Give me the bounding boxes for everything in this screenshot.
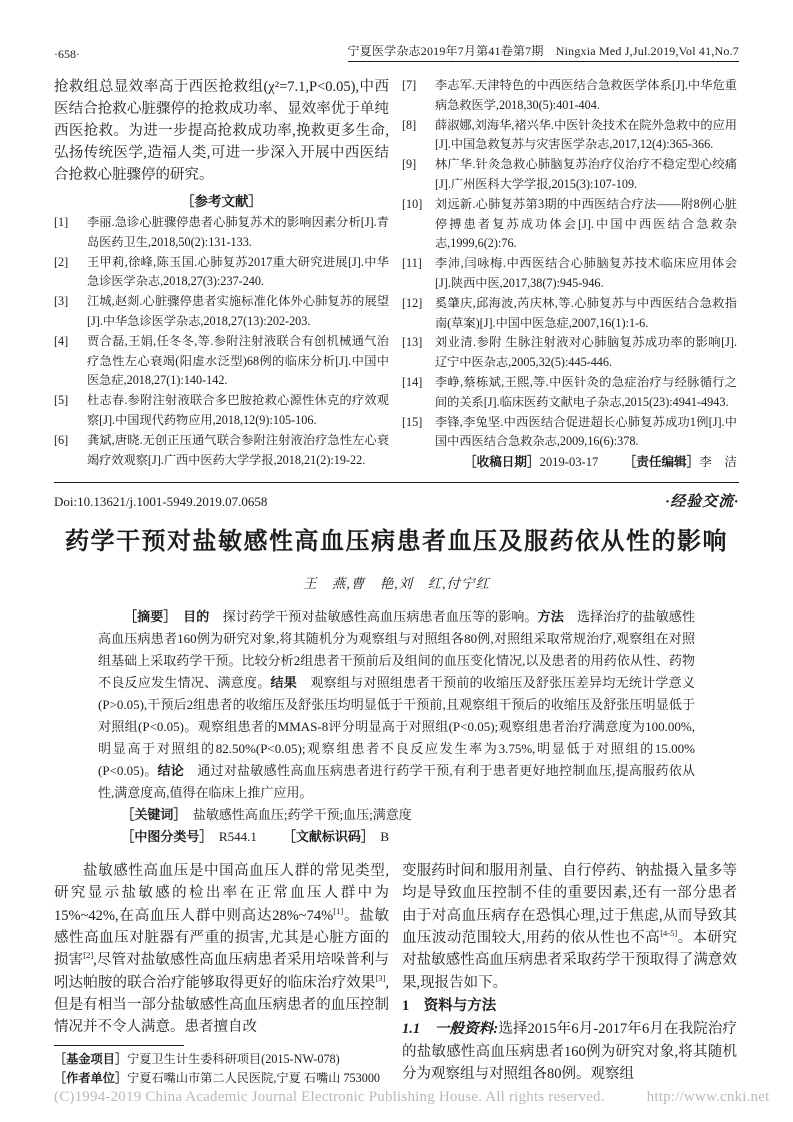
reference-number: [15]	[402, 413, 435, 453]
abstract-block: ［摘要］ 目的 探讨药学干预对盐敏感性高血压病患者血压等的影响。方法 选择治疗的…	[98, 606, 695, 848]
reference-text: 杜志春.参附注射液联合多巴胺抢救心源性休克的疗效观察[J].中国现代药物应用,2…	[87, 391, 389, 431]
section-1-heading: 1 资料与方法	[402, 995, 737, 1017]
reference-text: 李峥,蔡栋斌,王熙,等.中医针灸的急症治疗与经脉循行之间的关系[J].临床医药文…	[435, 373, 737, 413]
reference-number: [11]	[402, 254, 435, 294]
conclusion-label: 结论	[158, 763, 185, 778]
editor-label: ［责任编辑］	[624, 455, 700, 469]
reference-item: [15] 李锋,李兔坚.中西医结合促进超长心肺复苏成功1例[J].中国中西医结合…	[402, 413, 737, 453]
reference-number: [13]	[402, 333, 435, 373]
previous-article-closing-paragraph: 抢救组总显效率高于西医抢救组(χ²=7.1,P<0.05),中西医结合抢救心脏骤…	[54, 76, 389, 186]
doc-code: B	[380, 829, 389, 844]
article-separator-rule	[54, 482, 739, 483]
reference-item: [1] 李丽.急诊心脏骤停患者心肺复苏术的影响因素分析[J].青岛医药卫生,20…	[54, 213, 389, 253]
keywords-line: ［关键词］ 盐敏感性高血压;药学干预;血压;满意度	[98, 804, 695, 826]
journal-citation: 宁夏医学杂志2019年7月第41卷第7期 Ningxia Med J,Jul.2…	[348, 42, 739, 62]
reference-text: 李沛,闫咏梅.中西医结合心肺脑复苏技术临床应用体会[J].陕西中医,2017,3…	[435, 254, 737, 294]
section-1-1-label: 1.1 一般资料:	[402, 1021, 498, 1037]
affiliation-text: 宁夏石嘴山市第二人民医院,宁夏 石嘴山 753000	[127, 1071, 380, 1085]
keywords-label: ［关键词］	[121, 807, 180, 822]
reference-item: [13] 刘业清.参附 生脉注射液对心肺脑复苏成功率的影响[J].辽宁中医杂志,…	[402, 333, 737, 373]
reference-text: 李丽.急诊心脏骤停患者心肺复苏术的影响因素分析[J].青岛医药卫生,2018,5…	[87, 213, 389, 253]
affiliation-line: ［作者单位］宁夏石嘴山市第二人民医院,宁夏 石嘴山 753000	[54, 1069, 389, 1088]
reference-number: [10]	[402, 195, 435, 254]
fund-text: 宁夏卫生计生委科研项目(2015-NW-078)	[127, 1052, 340, 1066]
reference-item: [3] 江城,赵剡.心脏骤停患者实施标准化体外心肺复苏的展望[J].中华急诊医学…	[54, 292, 389, 332]
received-editor-line: ［收稿日期］2019-03-17 ［责任编辑］李 洁	[402, 452, 737, 473]
fund-line: ［基金项目］宁夏卫生计生委科研项目(2015-NW-078)	[54, 1050, 389, 1069]
reference-text: 刘业清.参附 生脉注射液对心肺脑复苏成功率的影响[J].辽宁中医杂志,2005,…	[435, 333, 737, 373]
page-number: ·658·	[54, 47, 80, 62]
abstract-label: ［摘要］	[124, 609, 170, 624]
body-right-column: 变服药时间和服用剂量、自行停药、钠盐摄入量多等均是导致血压控制不佳的重要因素,还…	[402, 860, 737, 1087]
citation-sup-3: [3]	[375, 973, 385, 983]
results-label: 结果	[271, 675, 298, 690]
article-title: 药学干预对盐敏感性高血压病患者血压及服药依从性的影响	[54, 521, 739, 556]
reference-item: [6] 龚斌,唐晓.无创正压通气联合参附注射液治疗急性左心衰竭疗效观察[J].广…	[54, 431, 389, 471]
reference-text: 奚肇庆,邱海波,芮庆林,等.心肺复苏与中西医结合急救指南(草案)[J].中国中医…	[435, 294, 737, 334]
reference-number: [12]	[402, 294, 435, 334]
reference-number: [3]	[54, 292, 87, 332]
footer-copyright: (C)1994-2019 China Academic Journal Elec…	[54, 1089, 605, 1106]
footer-url: http://www.cnki.net	[647, 1089, 770, 1106]
fund-label: ［基金项目］	[54, 1052, 127, 1066]
reference-item: [9] 林广华.针灸急救心肺脑复苏治疗仪治疗不稳定型心绞痛[J].广州医科大学学…	[402, 155, 737, 195]
intro-continuation-paragraph: 变服药时间和服用剂量、自行停药、钠盐摄入量多等均是导致血压控制不佳的重要因素,还…	[402, 860, 737, 994]
references-section: 抢救组总显效率高于西医抢救组(χ²=7.1,P<0.05),中西医结合抢救心脏骤…	[54, 76, 739, 473]
reference-number: [14]	[402, 373, 435, 413]
doi-row: Doi:10.13621/j.1001-5949.2019.07.0658 ·经…	[54, 490, 739, 511]
doc-code-label: ［文献标识码］	[283, 829, 368, 844]
article-authors: 王 燕,曹 艳,刘 红,付宁红	[54, 572, 739, 592]
reference-number: [6]	[54, 431, 87, 471]
classification-line: ［中图分类号］ R544.1［文献标识码］ B	[98, 826, 695, 848]
editor-name: 李 洁	[699, 455, 737, 469]
reference-number: [5]	[54, 391, 87, 431]
references-right-column: [7] 李志军.天津特色的中西医结合急救医学体系[J].中华危重病急救医学,20…	[402, 76, 737, 473]
footnote-rule	[54, 1045, 184, 1046]
references-left-column: 抢救组总显效率高于西医抢救组(χ²=7.1,P<0.05),中西医结合抢救心脏骤…	[54, 76, 389, 473]
references-heading: ［参考文献］	[54, 190, 389, 210]
reference-text: 刘远新.心肺复苏第3期的中西医结合疗法——附8例心脏停搏患者复苏成功体会[J].…	[435, 195, 737, 254]
column-tag: ·经验交流·	[665, 490, 739, 511]
abstract-paragraph: ［摘要］ 目的 探讨药学干预对盐敏感性高血压病患者血压等的影响。方法 选择治疗的…	[98, 606, 695, 804]
citation-sup-2: [2]	[83, 951, 93, 961]
methods-label: 方法	[538, 609, 564, 624]
keywords: 盐敏感性高血压;药学干预;血压;满意度	[193, 807, 412, 822]
reference-item: [14] 李峥,蔡栋斌,王熙,等.中医针灸的急症治疗与经脉循行之间的关系[J].…	[402, 373, 737, 413]
reference-text: 薛淑娜,刘海华,褚兴华.中医针灸技术在院外急救中的应用[J].中国急救复苏与灾害…	[435, 116, 737, 156]
received-date-value: 2019-03-17	[540, 455, 599, 469]
reference-number: [8]	[402, 116, 435, 156]
reference-item: [2] 王甲莉,徐峰,陈玉国.心肺复苏2017重大研究进展[J].中华急诊医学杂…	[54, 253, 389, 293]
reference-item: [4] 贾合磊,王娟,任冬冬,等.参附注射液联合有创机械通气治疗急性左心衰竭(阳…	[54, 332, 389, 391]
page-header: ·658· 宁夏医学杂志2019年7月第41卷第7期 Ningxia Med J…	[54, 42, 739, 62]
reference-list-right: [7] 李志军.天津特色的中西医结合急救医学体系[J].中华危重病急救医学,20…	[402, 76, 737, 452]
citation-sup-1: [1]	[333, 906, 343, 916]
reference-item: [11] 李沛,闫咏梅.中西医结合心肺脑复苏技术临床应用体会[J].陕西中医,2…	[402, 254, 737, 294]
article-body: 盐敏感性高血压是中国高血压人群的常见类型,研究显示盐敏感的检出率在正常血压人群中…	[54, 860, 739, 1087]
reference-item: [12] 奚肇庆,邱海波,芮庆林,等.心肺复苏与中西医结合急救指南(草案)[J]…	[402, 294, 737, 334]
abstract-objective: 探讨药学干预对盐敏感性高血压病患者血压等的影响。	[223, 609, 538, 624]
reference-number: [2]	[54, 253, 87, 293]
clc-label: ［中图分类号］	[121, 829, 206, 844]
abstract-conclusion: 通过对盐敏感性高血压病患者进行药学干预,有利于患者更好地控制血压,提高服药依从性…	[98, 763, 695, 800]
section-1-1-paragraph: 1.1 一般资料:选择2015年6月-2017年6月在我院治疗的盐敏感性高血压病…	[402, 1018, 737, 1085]
reference-text: 贾合磊,王娟,任冬冬,等.参附注射液联合有创机械通气治疗急性左心衰竭(阳虚水泛型…	[87, 332, 389, 391]
reference-text: 李锋,李兔坚.中西医结合促进超长心肺复苏成功1例[J].中国中西医结合急救杂志,…	[435, 413, 737, 453]
reference-list-left: [1] 李丽.急诊心脏骤停患者心肺复苏术的影响因素分析[J].青岛医药卫生,20…	[54, 213, 389, 470]
reference-number: [4]	[54, 332, 87, 391]
reference-item: [10] 刘远新.心肺复苏第3期的中西医结合疗法——附8例心脏停搏患者复苏成功体…	[402, 195, 737, 254]
reference-text: 王甲莉,徐峰,陈玉国.心肺复苏2017重大研究进展[J].中华急诊医学杂志,20…	[87, 253, 389, 293]
journal-page: ·658· 宁夏医学杂志2019年7月第41卷第7期 Ningxia Med J…	[0, 0, 793, 1122]
objective-label: 目的	[183, 609, 209, 624]
reference-item: [8] 薛淑娜,刘海华,褚兴华.中医针灸技术在院外急救中的应用[J].中国急救复…	[402, 116, 737, 156]
affiliation-label: ［作者单位］	[54, 1071, 127, 1085]
reference-text: 李志军.天津特色的中西医结合急救医学体系[J].中华危重病急救医学,2018,3…	[435, 76, 737, 116]
received-date: ［收稿日期］2019-03-17	[464, 452, 598, 473]
responsible-editor: ［责任编辑］李 洁	[624, 452, 737, 473]
doi: Doi:10.13621/j.1001-5949.2019.07.0658	[54, 494, 267, 510]
reference-number: [9]	[402, 155, 435, 195]
reference-number: [1]	[54, 213, 87, 253]
reference-text: 林广华.针灸急救心肺脑复苏治疗仪治疗不稳定型心绞痛[J].广州医科大学学报,20…	[435, 155, 737, 195]
intro-text-3: ,尽管对盐敏感性高血压病患者采用培哚普利与吲达帕胺的联合治疗能够取得更好的临床治…	[54, 952, 389, 990]
first-page-footnote: ［基金项目］宁夏卫生计生委科研项目(2015-NW-078) ［作者单位］宁夏石…	[54, 1045, 389, 1088]
reference-text: 龚斌,唐晓.无创正压通气联合参附注射液治疗急性左心衰竭疗效观察[J].广西中医药…	[87, 431, 389, 471]
citation-sup-4-5: [4-5]	[660, 928, 677, 938]
clc-number: R544.1	[219, 829, 257, 844]
body-left-column: 盐敏感性高血压是中国高血压人群的常见类型,研究显示盐敏感的检出率在正常血压人群中…	[54, 860, 389, 1087]
reference-text: 江城,赵剡.心脏骤停患者实施标准化体外心肺复苏的展望[J].中华急诊医学杂志,2…	[87, 292, 389, 332]
reference-item: [7] 李志军.天津特色的中西医结合急救医学体系[J].中华危重病急救医学,20…	[402, 76, 737, 116]
intro-paragraph: 盐敏感性高血压是中国高血压人群的常见类型,研究显示盐敏感的检出率在正常血压人群中…	[54, 860, 389, 1038]
reference-number: [7]	[402, 76, 435, 116]
cnki-footer: (C)1994-2019 China Academic Journal Elec…	[54, 1089, 739, 1106]
reference-item: [5] 杜志春.参附注射液联合多巴胺抢救心源性休克的疗效观察[J].中国现代药物…	[54, 391, 389, 431]
received-date-label: ［收稿日期］	[464, 455, 540, 469]
